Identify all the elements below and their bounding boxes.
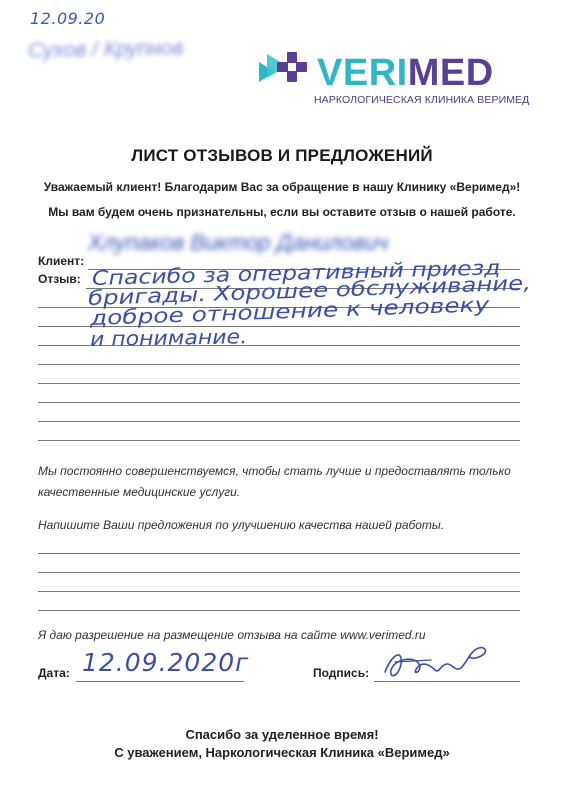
- suggestion-line-3: [38, 591, 520, 592]
- improvement-note-2: качественные медицинские услуги.: [38, 485, 240, 499]
- suggestions-prompt: Напишите Ваши предложения по улучшению к…: [38, 518, 444, 532]
- review-line-5: [38, 364, 520, 365]
- intro-request: Мы вам будем очень признательны, если вы…: [0, 205, 564, 219]
- footer-regards: С уважением, Наркологическая Клиника «Ве…: [0, 745, 564, 760]
- publication-permission: Я даю разрешение на размещение отзыва на…: [38, 628, 426, 642]
- date-value: 12.09.2020г: [82, 648, 249, 677]
- suggestion-line-1: [38, 553, 520, 554]
- review-text-line: и понимание.: [90, 324, 248, 351]
- logo-subtitle: НАРКОЛОГИЧЕСКАЯ КЛИНИКА ВЕРИМЕД: [314, 94, 529, 106]
- blurred-staff-names: Сухов / Крупнов: [28, 37, 184, 64]
- suggestion-line-2: [38, 572, 520, 573]
- client-name-blurred: Хлупаков Виктор Данилович: [88, 230, 388, 256]
- intro-greeting: Уважаемый клиент! Благодарим Вас за обра…: [0, 180, 564, 194]
- handwritten-date-note: 12.09.20: [30, 9, 105, 28]
- review-line-7: [38, 402, 520, 403]
- review-line-9: [38, 440, 520, 441]
- review-line-6: [38, 383, 520, 384]
- suggestion-line-4: [38, 610, 520, 611]
- verimed-logo: VERIMED НАРКОЛОГИЧЕСКАЯ КЛИНИКА ВЕРИМЕД: [257, 50, 522, 110]
- handwritten-signature: [375, 642, 495, 690]
- date-label: Дата:: [38, 666, 70, 680]
- review-line-8: [38, 421, 520, 422]
- review-label: Отзыв:: [38, 272, 81, 286]
- page-title: ЛИСТ ОТЗЫВОВ И ПРЕДЛОЖЕНИЙ: [0, 146, 564, 166]
- client-label: Клиент:: [38, 254, 84, 268]
- footer-thanks: Спасибо за уделенное время!: [0, 727, 564, 742]
- logo-wordmark: VERIMED: [317, 53, 494, 93]
- date-line: [76, 681, 244, 682]
- medical-cross-icon: [257, 50, 315, 92]
- improvement-note: Мы постоянно совершенствуемся, чтобы ста…: [38, 464, 511, 478]
- signature-label: Подпись:: [313, 666, 369, 680]
